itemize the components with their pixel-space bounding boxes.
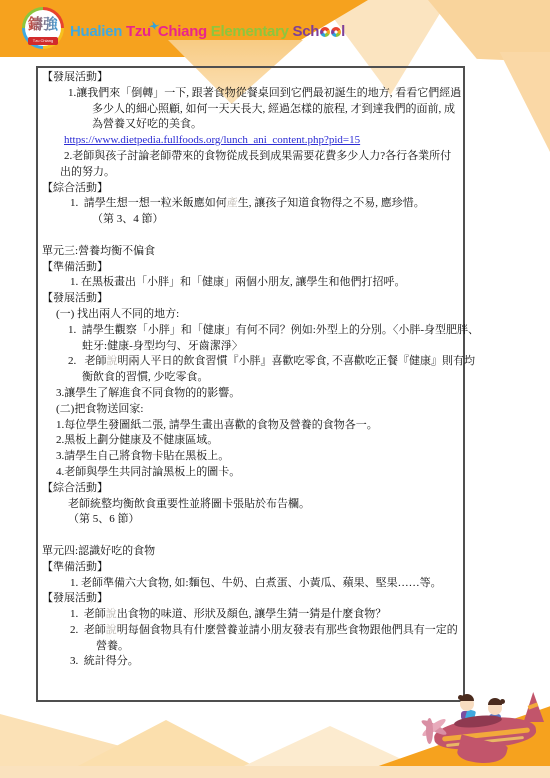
school-name-school-prefix: Sch bbox=[293, 23, 320, 40]
school-logo: 鑄強 Tzu Chiang bbox=[22, 7, 64, 49]
doc-line: 【準備活動】 bbox=[42, 560, 459, 576]
school-logo-characters: 鑄強 bbox=[28, 16, 58, 33]
doc-line: 1.讓我們來「倒轉」一下, 跟著食物從餐桌回到它們最初誕生的地方, 看看它們經過 bbox=[42, 86, 459, 102]
content-hyperlink[interactable]: https://www.dietpedia.fullfoods.org/lunc… bbox=[64, 134, 360, 146]
pinwheel-icon bbox=[331, 27, 341, 37]
doc-line: 【發展活動】 bbox=[42, 291, 459, 307]
airplane-illustration bbox=[420, 692, 550, 772]
doc-line: 【綜合活動】 bbox=[42, 181, 459, 197]
kid-hair-bun bbox=[458, 695, 463, 700]
doc-line: 多少人的細心照顧, 如何一天天長大, 經過怎樣的旅程, 才到達我們的面前, 成 bbox=[42, 102, 459, 118]
school-name-title: Hualien TzuChiang Elementary Schl bbox=[70, 21, 345, 40]
doc-line: 4.老師與學生共同討論黑板上的圖卡。 bbox=[42, 465, 459, 481]
doc-line: 老師統整均衡飲食重要性並將圖卡張貼於布告欄。 bbox=[42, 497, 459, 513]
doc-line: 【發展活動】 bbox=[42, 591, 459, 607]
doc-line: 【綜合活動】 bbox=[42, 481, 459, 497]
doc-line: 3.請學生自己將食物卡貼在黑板上。 bbox=[42, 449, 459, 465]
doc-line: 為營養又好吃的美食。 bbox=[42, 117, 459, 133]
doc-line: 1. 老師說出食物的味道、形狀及顏色, 讓學生猜一猜是什麼食物？ bbox=[42, 607, 459, 623]
doc-line: 2. 老師說明每個食物具有什麼營養並請小朋友發表有那些食物跟他們具有一定的 bbox=[42, 623, 459, 639]
doc-line: 1. 在黑板畫出「小胖」和「健康」兩個小朋友, 讓學生和他們打招呼。 bbox=[42, 275, 459, 291]
doc-line: 【發展活動】 bbox=[42, 70, 459, 86]
doc-line bbox=[42, 528, 459, 544]
doc-line: 衡飲食的習慣, 少吃零食。 bbox=[42, 370, 459, 386]
doc-line-link: https://www.dietpedia.fullfoods.org/lunc… bbox=[42, 133, 459, 149]
doc-line: 單元三:營養均衡不偏食 bbox=[42, 244, 459, 260]
lesson-plan-box: 【發展活動】1.讓我們來「倒轉」一下, 跟著食物從餐桌回到它們最初誕生的地方, … bbox=[36, 66, 465, 702]
school-logo-badge: 鑄強 Tzu Chiang bbox=[25, 10, 61, 46]
doc-line: （第 3、4 節） bbox=[42, 212, 459, 228]
doc-line: 2.老師與孩子討論老師帶來的食物從成長到成果需要花費多少人力?各行各業所付 bbox=[42, 149, 459, 165]
doc-line: 1.每位學生發圖紙二張, 請學生畫出喜歡的食物及營養的食物各一。 bbox=[42, 418, 459, 434]
propeller-icon bbox=[426, 718, 433, 744]
kid-hair-bun bbox=[500, 699, 505, 704]
doc-line: 1. 請學生想一想一粒米飯應如何產生, 讓孩子知道食物得之不易, 應珍惜。 bbox=[42, 196, 459, 212]
school-name-hualien: Hualien bbox=[70, 23, 122, 40]
school-name-school-suffix: l bbox=[341, 23, 345, 40]
doc-line: 2. 老師說明兩人平日的飲食習慣『小胖』喜歡吃零食, 不喜歡吃正餐『健康』則有均 bbox=[42, 354, 459, 370]
doc-line: 蛀牙:健康-身型均勻、牙齒潔淨〉 bbox=[42, 339, 459, 355]
doc-line: 1. 老師準備六大食物, 如:麵包、牛奶、白煮蛋、小黃瓜、蘋果、堅果……等。 bbox=[42, 576, 459, 592]
doc-line: 【準備活動】 bbox=[42, 260, 459, 276]
decorative-triangle bbox=[478, 52, 550, 152]
doc-line: (二)把食物送回家: bbox=[42, 402, 459, 418]
doc-line: 1. 請學生觀察「小胖」和「健康」有何不同？例如:外型上的分別。〈小胖-身型肥胖… bbox=[42, 323, 459, 339]
doc-line: 3. 統計得分。 bbox=[42, 654, 459, 670]
school-name-tzu: Tzu bbox=[126, 23, 151, 40]
doc-line: （第 5、6 節） bbox=[42, 512, 459, 528]
school-name-chiang: Chiang bbox=[158, 23, 207, 40]
doc-line: (一) 找出兩人不同的地方: bbox=[42, 307, 459, 323]
document-lines: 【發展活動】1.讓我們來「倒轉」一下, 跟著食物從餐桌回到它們最初誕生的地方, … bbox=[42, 70, 459, 670]
doc-line: 單元四:認識好吃的食物 bbox=[42, 544, 459, 560]
pinwheel-icon bbox=[320, 27, 330, 37]
doc-line bbox=[42, 228, 459, 244]
doc-line: 2.黑板上劃分健康及不健康區域。 bbox=[42, 433, 459, 449]
doc-line: 3.讓學生了解進食不同食物的的影響。 bbox=[42, 386, 459, 402]
doc-line: 出的努力。 bbox=[42, 165, 459, 181]
doc-line: 營養。 bbox=[42, 639, 459, 655]
school-logo-ribbon: Tzu Chiang bbox=[28, 37, 58, 45]
school-name-elementary: Elementary bbox=[211, 23, 289, 40]
